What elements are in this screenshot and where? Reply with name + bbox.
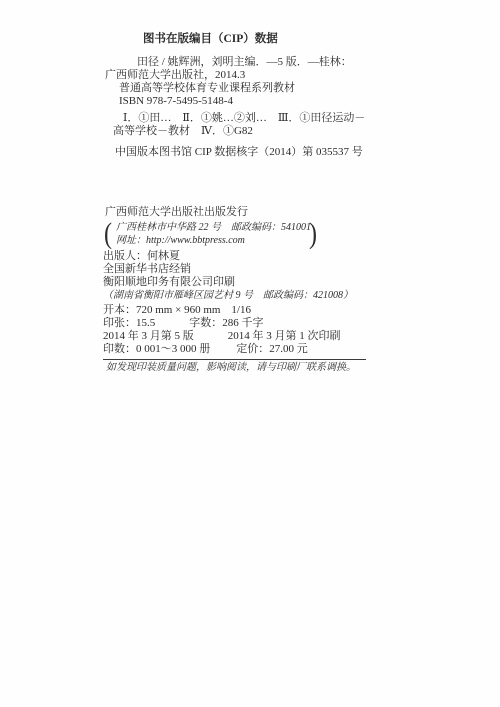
word-count-value: 字数：286 千字 [189, 317, 263, 330]
classification-block: Ⅰ．①田… Ⅱ．①姚…②刘… Ⅲ．①田径运动－ 高等学校－教材 Ⅳ．①G82 [113, 112, 365, 138]
publisher-issuer-line: 广西师范大学出版社出版发行 [103, 206, 366, 219]
cip-series-statement: 普通高等学校体育专业课程系列教材 [105, 82, 352, 95]
cip-record-number: 中国版本图书馆 CIP 数据核字（2014）第 035537 号 [115, 146, 363, 159]
cip-copyright-page: 图书在版编目（CIP）数据 田径 / 姚辉洲，刘明主编．—5 版．—桂林： 广西… [0, 0, 500, 707]
footer-divider [103, 359, 366, 360]
format-line: 开本：720 mm × 960 mm 1/16 [103, 304, 366, 317]
distribution-line: 全国新华书店经销 [103, 263, 366, 276]
edition-value: 2014 年 3 月第 5 版 [103, 330, 194, 343]
publication-details-block: 广西师范大学出版社出版发行 ( 广西桂林市中华路 22 号 邮政编码：54100… [103, 206, 366, 374]
right-parenthesis: ) [309, 220, 317, 247]
classification-line-2: 高等学校－教材 Ⅳ．①G82 [113, 125, 365, 138]
publisher-address-lines: 广西桂林市中华路 22 号 邮政编码：541001 网址：http://www.… [116, 221, 308, 247]
printrun-price-line: 印数：0 001～3 000 册定价：27.00 元 [103, 343, 366, 356]
price-value: 定价：27.00 元 [236, 343, 308, 356]
impression-value: 2014 年 3 月第 1 次印刷 [228, 330, 341, 343]
cip-description-block: 田径 / 姚辉洲，刘明主编．—5 版．—桂林： 广西师范大学出版社，2014.3… [105, 56, 352, 108]
publisher-website: 网址：http://www.bbtpress.com [116, 234, 308, 247]
publisher-street-address: 广西桂林市中华路 22 号 邮政编码：541001 [116, 221, 308, 234]
sheets-value: 印张：15.5 [103, 317, 155, 330]
left-parenthesis: ( [104, 220, 112, 247]
isbn-number: ISBN 978-7-5495-5148-4 [105, 95, 352, 108]
printer-line: 衡阳顺地印务有限公司印刷 [103, 276, 366, 289]
quality-note: 如发现印装质量问题，影响阅读，请与印刷厂联系调换。 [103, 361, 366, 374]
classification-line-1: Ⅰ．①田… Ⅱ．①姚…②刘… Ⅲ．①田径运动－ [113, 112, 365, 125]
printer-address-line: （湖南省衡阳市雁峰区园艺村 9 号 邮政编码：421008） [103, 289, 366, 302]
publisher-person-line: 出版人：何林夏 [103, 250, 366, 263]
print-run-value: 印数：0 001～3 000 册 [103, 343, 210, 356]
cip-title-statement: 田径 / 姚辉洲，刘明主编．—5 版．—桂林： [105, 56, 352, 69]
cip-title: 图书在版编目（CIP）数据 [143, 33, 278, 46]
edition-impression-line: 2014 年 3 月第 5 版2014 年 3 月第 1 次印刷 [103, 330, 366, 343]
cip-publisher-statement: 广西师范大学出版社，2014.3 [105, 69, 352, 82]
sheets-wordcount-line: 印张：15.5字数：286 千字 [103, 317, 366, 330]
publisher-address-group: ( 广西桂林市中华路 22 号 邮政编码：541001 网址：http://ww… [103, 220, 366, 247]
